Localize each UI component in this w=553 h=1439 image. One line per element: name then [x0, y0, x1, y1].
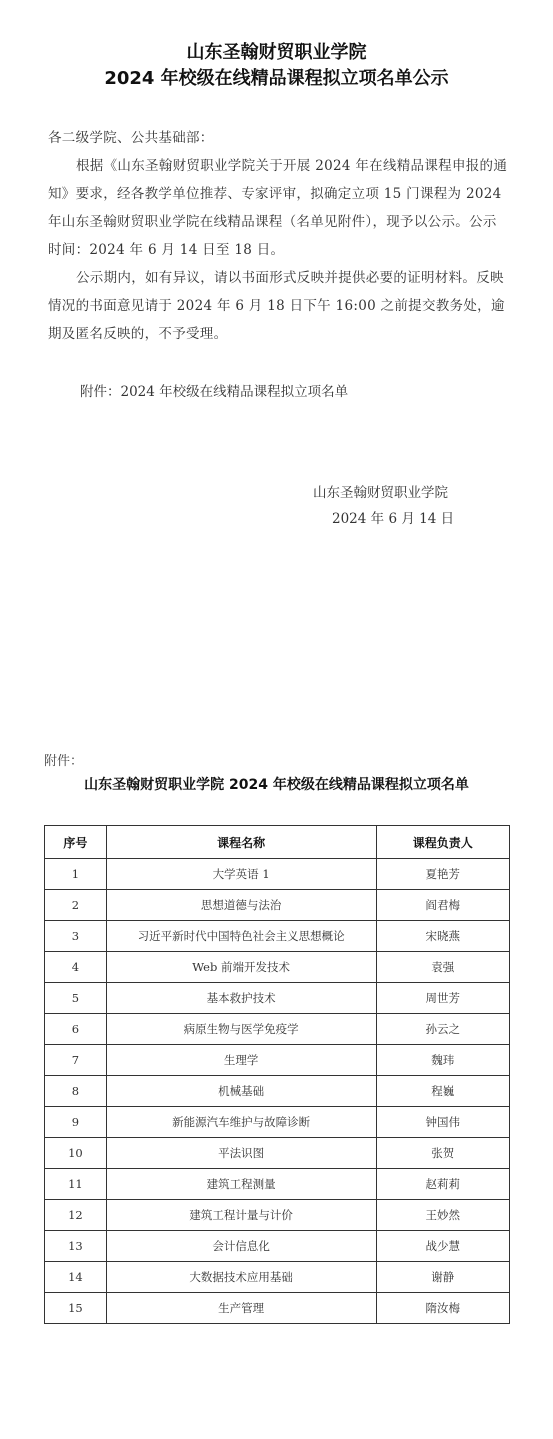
table-row: 11建筑工程测量赵莉莉 [45, 1169, 510, 1200]
row-course-lead: 周世芳 [376, 983, 509, 1014]
row-course-name: 新能源汽车维护与故障诊断 [106, 1107, 376, 1138]
signature-organization: 山东圣翰财贸职业学院 [313, 480, 448, 506]
row-course-name: 思想道德与法治 [106, 890, 376, 921]
row-course-lead: 张贺 [376, 1138, 509, 1169]
table-row: 13会计信息化战少慧 [45, 1231, 510, 1262]
row-number: 5 [45, 983, 107, 1014]
row-course-lead: 谢静 [376, 1262, 509, 1293]
row-course-lead: 钟国伟 [376, 1107, 509, 1138]
table-row: 4Web 前端开发技术袁强 [45, 952, 510, 983]
attachment-label: 附件： [44, 750, 83, 769]
table-row: 12建筑工程计量与计价王妙然 [45, 1200, 510, 1231]
course-table: 序号 课程名称 课程负责人 1大学英语 1夏艳芳 2思想道德与法治阎君梅 3习近… [44, 825, 510, 1324]
paragraph-notice: 根据《山东圣翰财贸职业学院关于开展 2024 年在线精品课程申报的通知》要求，经… [48, 152, 508, 264]
row-number: 6 [45, 1014, 107, 1045]
table-row: 1大学英语 1夏艳芳 [45, 859, 510, 890]
row-course-name: 大数据技术应用基础 [106, 1262, 376, 1293]
row-course-lead: 袁强 [376, 952, 509, 983]
row-course-lead: 孙云之 [376, 1014, 509, 1045]
row-course-name: 建筑工程测量 [106, 1169, 376, 1200]
row-number: 13 [45, 1231, 107, 1262]
row-number: 3 [45, 921, 107, 952]
header-course-name: 课程名称 [106, 826, 376, 859]
row-course-lead: 赵莉莉 [376, 1169, 509, 1200]
row-course-lead: 魏玮 [376, 1045, 509, 1076]
row-course-lead: 夏艳芳 [376, 859, 509, 890]
table-row: 10平法识图张贺 [45, 1138, 510, 1169]
header-number: 序号 [45, 826, 107, 859]
row-number: 15 [45, 1293, 107, 1324]
attachment-title: 山东圣翰财贸职业学院 2024 年校级在线精品课程拟立项名单 [0, 774, 553, 794]
paragraph-objection: 公示期内，如有异议，请以书面形式反映并提供必要的证明材料。反映情况的书面意见请于… [48, 264, 508, 348]
row-course-name: 大学英语 1 [106, 859, 376, 890]
row-number: 9 [45, 1107, 107, 1138]
row-course-name: 习近平新时代中国特色社会主义思想概论 [106, 921, 376, 952]
row-number: 2 [45, 890, 107, 921]
row-course-lead: 宋晓燕 [376, 921, 509, 952]
row-course-name: Web 前端开发技术 [106, 952, 376, 983]
table-row: 2思想道德与法治阎君梅 [45, 890, 510, 921]
table-row: 8机械基础程巍 [45, 1076, 510, 1107]
row-number: 10 [45, 1138, 107, 1169]
document-title-line2: 2024 年校级在线精品课程拟立项名单公示 [0, 66, 553, 92]
attachment-note: 附件：2024 年校级在线精品课程拟立项名单 [80, 378, 348, 406]
row-course-name: 基本救护技术 [106, 983, 376, 1014]
row-course-name: 生理学 [106, 1045, 376, 1076]
table-row: 3习近平新时代中国特色社会主义思想概论宋晓燕 [45, 921, 510, 952]
header-course-lead: 课程负责人 [376, 826, 509, 859]
row-course-name: 生产管理 [106, 1293, 376, 1324]
row-course-lead: 王妙然 [376, 1200, 509, 1231]
table-row: 6病原生物与医学免疫学孙云之 [45, 1014, 510, 1045]
row-number: 14 [45, 1262, 107, 1293]
table-row: 9新能源汽车维护与故障诊断钟国伟 [45, 1107, 510, 1138]
row-number: 8 [45, 1076, 107, 1107]
table-row: 5基本救护技术周世芳 [45, 983, 510, 1014]
row-course-name: 机械基础 [106, 1076, 376, 1107]
row-number: 12 [45, 1200, 107, 1231]
table-row: 7生理学魏玮 [45, 1045, 510, 1076]
row-course-name: 会计信息化 [106, 1231, 376, 1262]
row-course-name: 平法识图 [106, 1138, 376, 1169]
salutation: 各二级学院、公共基础部： [48, 124, 508, 152]
row-course-lead: 隋汝梅 [376, 1293, 509, 1324]
row-course-lead: 程巍 [376, 1076, 509, 1107]
row-number: 11 [45, 1169, 107, 1200]
row-course-name: 建筑工程计量与计价 [106, 1200, 376, 1231]
signature-date: 2024 年 6 月 14 日 [332, 506, 454, 532]
table-row: 14大数据技术应用基础谢静 [45, 1262, 510, 1293]
table-row: 15生产管理隋汝梅 [45, 1293, 510, 1324]
row-number: 7 [45, 1045, 107, 1076]
row-number: 1 [45, 859, 107, 890]
row-course-name: 病原生物与医学免疫学 [106, 1014, 376, 1045]
row-number: 4 [45, 952, 107, 983]
table-header-row: 序号 课程名称 课程负责人 [45, 826, 510, 859]
document-title-line1: 山东圣翰财贸职业学院 [0, 40, 553, 66]
row-course-lead: 阎君梅 [376, 890, 509, 921]
row-course-lead: 战少慧 [376, 1231, 509, 1262]
